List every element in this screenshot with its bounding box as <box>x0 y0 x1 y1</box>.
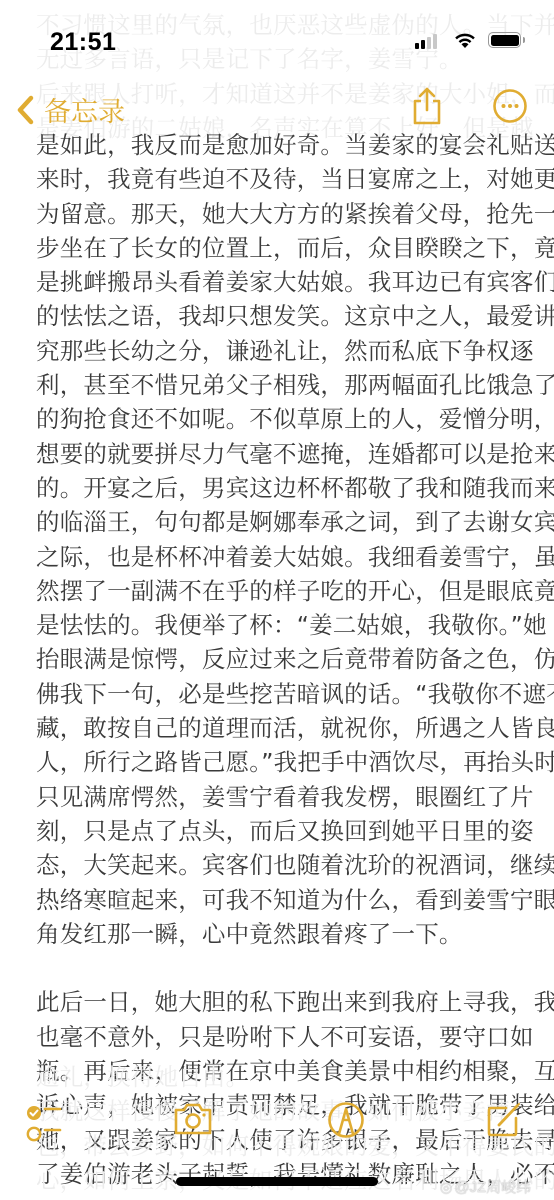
note-blank-line <box>36 951 554 985</box>
cellular-signal-icon <box>415 34 437 49</box>
note-line: 利，甚至不惜兄弟父子相残，那两幅面孔比饿急了 <box>36 368 554 402</box>
note-line: 是挑衅搬昂头看着姜家大姑娘。我耳边已有宾客们 <box>36 265 554 299</box>
watermark-text: @JZ周峻纬 <box>454 1179 531 1196</box>
status-bar: 21:51 <box>0 0 554 80</box>
home-indicator[interactable] <box>176 1177 378 1186</box>
note-line: 此后一日，她大胆的私下跑出来到我府上寻我，我 <box>36 985 554 1019</box>
note-line: 只见满席愕然，姜雪宁看着我发楞，眼圈红了片 <box>36 780 554 814</box>
note-text: 是如此，我反而是愈加好奇。当姜家的宴会礼贴送 来时，我竟有些迫不及待，当日宴席之… <box>36 128 554 1191</box>
note-line: 为留意。那天，她大大方方的紧挨着父母，抢先一 <box>36 197 554 231</box>
note-line: 逾礼，换得她自由。 <box>36 1060 554 1094</box>
note-line: 的怯怯之语，我却只想发笑。这京中之人，最爱讲 <box>36 299 554 333</box>
note-line: 究那些长幼之分，谦逊礼让，然而私底下争权逐 <box>36 334 554 368</box>
note-line: 步坐在了长女的位置上，而后，众目睽睽之下，竟 <box>36 231 554 265</box>
note-line: 藏，敢按自己的道理而活，就祝你，所遇之人皆良 <box>36 711 554 745</box>
markup-pen-icon[interactable] <box>326 1100 366 1140</box>
note-line: 之际，也是杯杯冲着姜大姑娘。我细看姜雪宁，虽 <box>36 540 554 574</box>
status-time: 21:51 <box>50 28 116 57</box>
camera-icon[interactable] <box>173 1102 213 1136</box>
note-line: 也毫不意外，只是吩咐下人不可妄语，要守口如 <box>36 1020 554 1054</box>
back-button[interactable]: 备忘录 <box>12 90 125 129</box>
note-line: 人，所行之路皆己愿。”我把手中酒饮尽，再抬头时 <box>36 745 554 779</box>
note-line: 的。开宴之后，男宾这边杯杯都敬了我和随我而来 <box>36 471 554 505</box>
wifi-icon <box>452 30 478 50</box>
note-line: 佛我下一句，必是些挖苦暗讽的话。“我敬你不遮不 <box>36 677 554 711</box>
note-line: 的狗抢食还不如呢。不似草原上的人，爱憎分明， <box>36 402 554 436</box>
share-icon[interactable] <box>410 86 444 126</box>
note-line: 是怯怯的。我便举了杯：“姜二姑娘，我敬你。”她 <box>36 608 554 642</box>
chevron-left-icon <box>12 92 40 128</box>
note-line: 热络寒暄起来，可我不知道为什么，看到姜雪宁眼 <box>36 883 554 917</box>
note-line: 抬眼满是惊愕，反应过来之后竟带着防备之色，仿 <box>36 642 554 676</box>
note-line: 然摆了一副满不在乎的样子吃的开心，但是眼底竟 <box>36 574 554 608</box>
note-line: 态，大笑起来。宾客们也随着沈玠的祝酒词，继续 <box>36 848 554 882</box>
more-options-icon[interactable] <box>492 88 528 124</box>
checklist-icon[interactable] <box>26 1104 64 1144</box>
battery-icon <box>488 32 521 48</box>
note-line: 刻，只是点了点头，而后又换回到她平日里的姿 <box>36 814 554 848</box>
bottom-toolbar <box>0 1098 554 1158</box>
note-line: 想要的就要拼尽力气毫不遮掩，连婚都可以是抢来 <box>36 437 554 471</box>
weibo-logo-icon: ◎ <box>440 1179 452 1195</box>
watermark: ◎@JZ周峻纬 <box>440 1176 531 1197</box>
note-line: 的临淄王，句句都是婀娜奉承之词，到了去谢女宾 <box>36 505 554 539</box>
note-line: 角发红那一瞬，心中竟然跟着疼了一下。 <box>36 917 554 951</box>
back-label: 备忘录 <box>44 90 125 129</box>
note-line: 来时，我竟有些迫不及待，当日宴席之上，对她更 <box>36 162 554 196</box>
nav-bar: 备忘录 <box>0 84 554 134</box>
compose-icon[interactable] <box>484 1100 524 1140</box>
